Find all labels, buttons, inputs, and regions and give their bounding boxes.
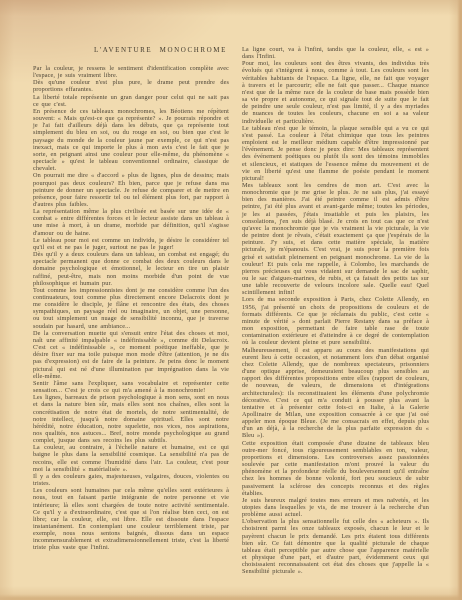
- paragraph: La ligne court, va à l'infini, tandis qu…: [242, 46, 429, 60]
- paragraph: Les lignes, barreaux de prison psycholog…: [33, 394, 229, 444]
- paragraph: De la conversation muette qui s'ensuit e…: [33, 330, 229, 380]
- paragraph: La liberté totale représente un gran dan…: [33, 94, 229, 108]
- paragraph: Malheureusement, il est apparu au cours …: [242, 347, 429, 440]
- paragraph: Dès qu'une couleur n'est plus pure, le d…: [33, 79, 229, 93]
- paragraph: Les couleurs sont humaines par cela même…: [33, 487, 229, 551]
- paragraph: Sentir l'âme sans l'expliquer, sans voca…: [33, 380, 229, 394]
- paragraph: Par la couleur, je ressens le sentiment …: [33, 65, 229, 79]
- paragraph: L'observation la plus sensationnelle fut…: [242, 518, 429, 575]
- page-title: L'AVENTURE MONOCHROME: [33, 46, 227, 54]
- right-column: La ligne court, va à l'infini, tandis qu…: [242, 46, 429, 576]
- paragraph: Dès qu'il y a deux couleurs dans un tabl…: [33, 251, 229, 287]
- paragraph: Mes tableaux sont les cendres de mon art…: [242, 182, 429, 297]
- paragraph: La couleur, au contraire, à l'échelle na…: [33, 444, 229, 473]
- paragraph: Le tableau pour moi est comme un individ…: [33, 237, 229, 251]
- paragraph: La représentation même la plus civilisée…: [33, 208, 229, 237]
- paragraph: Cette exposition était composée d'une di…: [242, 440, 429, 497]
- paragraph: On pourrait me dire « d'accord » plus de…: [33, 172, 229, 208]
- left-column: L'AVENTURE MONOCHROME Par la couleur, je…: [33, 46, 229, 552]
- book-page: L'AVENTURE MONOCHROME Par la couleur, je…: [0, 0, 462, 600]
- paragraph: Tout comme les impressionnistes dont je …: [33, 287, 229, 330]
- paragraph: Le tableau n'est que le témoin, la plaqu…: [242, 125, 429, 182]
- paragraph: En présence de ces tableaux monochromes,…: [33, 108, 229, 172]
- paragraph: Lors de ma seconde exposition à Paris, c…: [242, 296, 429, 346]
- paragraph: Je suis heureux malgré toutes mes erreur…: [242, 497, 429, 518]
- paragraph: Il y a des couleurs gaies, majestueuses,…: [33, 473, 229, 487]
- paragraph: Pour moi, les couleurs sont des êtres vi…: [242, 60, 429, 124]
